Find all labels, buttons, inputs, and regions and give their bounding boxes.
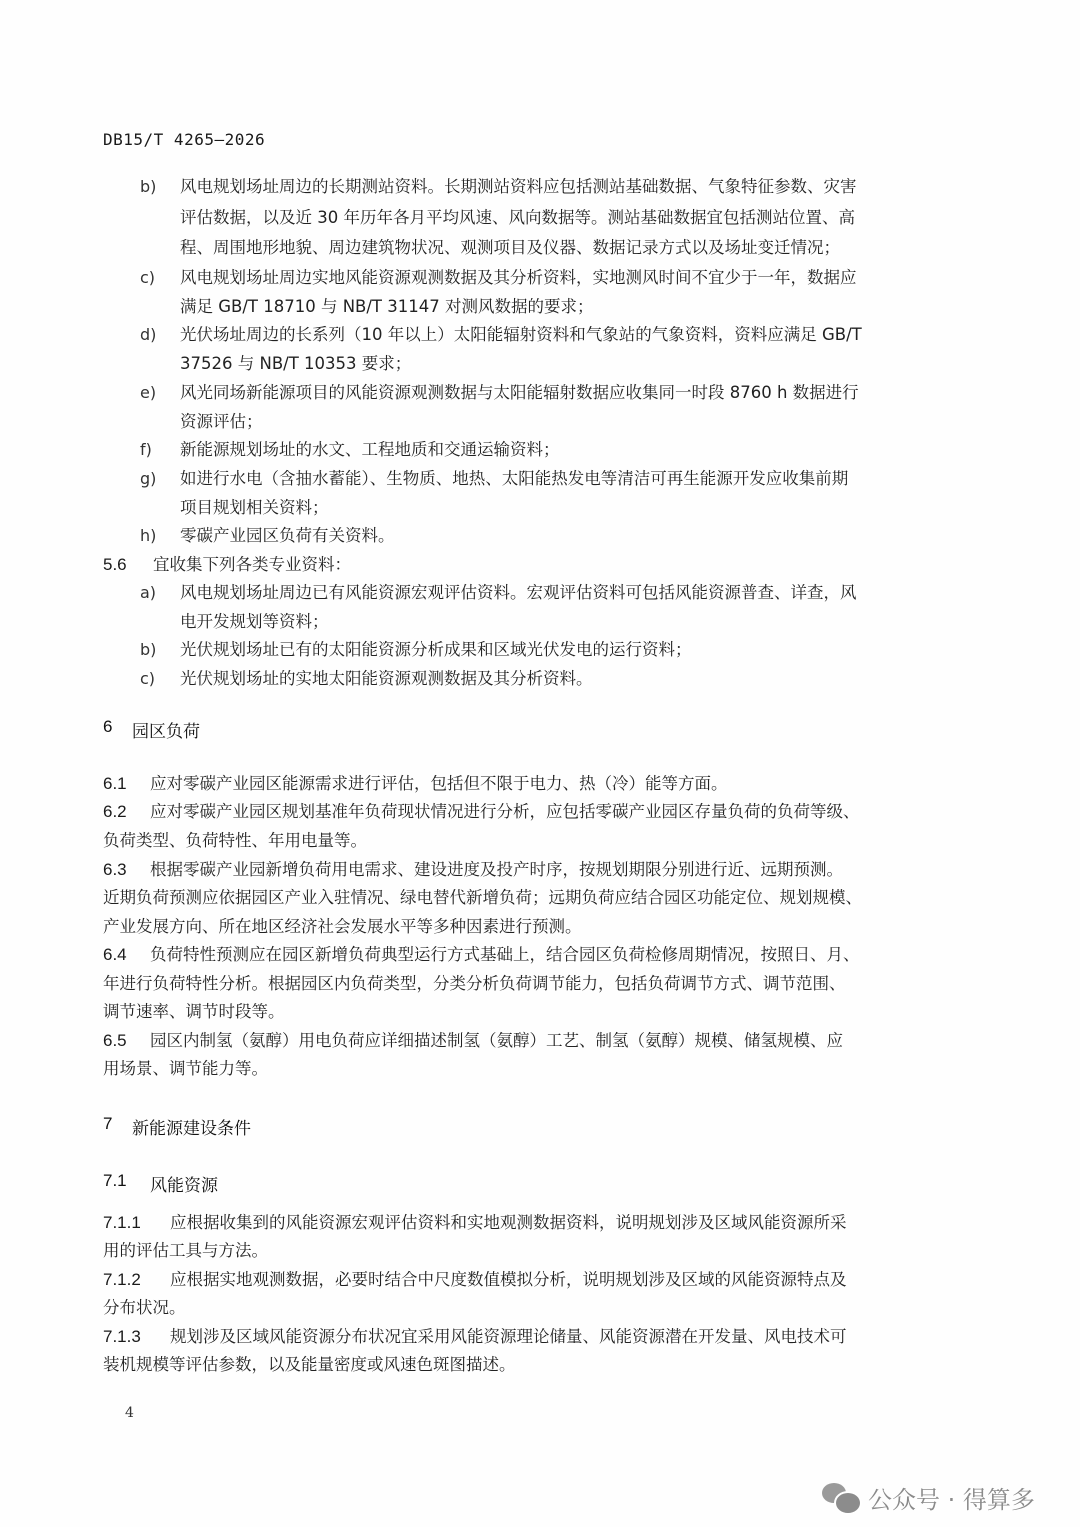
item-label: b) <box>140 640 156 659</box>
text-line: 风电规划场址周边实地风能资源观测数据及其分析资料，实地测风时间不宜少于一年，数据… <box>180 268 857 288</box>
text-line: 应根据实地观测数据，必要时结合中尺度数值模拟分析，说明规划涉及区域的风能资源特点… <box>170 1270 847 1290</box>
page-number: 4 <box>125 1405 134 1421</box>
text-line: 园区内制氢（氨醇）用电负荷应详细描述制氢（氨醇）工艺、制氢（氨醇）规模、储氢规模… <box>150 1031 843 1051</box>
item-label: c) <box>140 268 155 287</box>
item-label: e) <box>140 383 156 402</box>
clause-number: 6.2 <box>103 802 127 822</box>
text-line: 调节速率、调节时段等。 <box>103 1002 285 1022</box>
chapter-title: 园区负荷 <box>132 717 200 742</box>
text-line: 零碳产业园区负荷有关资料。 <box>180 526 395 546</box>
chapter-number: 6 <box>103 717 112 737</box>
chapter-title: 新能源建设条件 <box>132 1114 251 1139</box>
item-label: d) <box>140 325 156 344</box>
text-line: 近期负荷预测应依据园区产业入驻情况、绿电替代新增负荷；远期负荷应结合园区功能定位… <box>103 888 862 908</box>
text-line: 光伏规划场址已有的太阳能资源分析成果和区域光伏发电的运行资料； <box>180 640 692 660</box>
item-label: g) <box>140 469 156 488</box>
text-line: 应对零碳产业园区规划基准年负荷现状情况进行分析，应包括零碳产业园区存量负荷的负荷… <box>150 802 860 822</box>
text-line: 风光同场新能源项目的风能资源观测数据与太阳能辐射数据应收集同一时段 8760 h… <box>180 383 859 403</box>
text-line: 37526 与 NB/T 10353 要求； <box>180 354 411 374</box>
text-line: 装机规模等评估参数，以及能量密度或风速色斑图描述。 <box>103 1355 516 1375</box>
clause-number: 7.1.2 <box>103 1270 141 1290</box>
text-line: 风电规划场址周边的长期测站资料。长期测站资料应包括测站基础数据、气象特征参数、灾… <box>180 177 857 197</box>
text-line: 年进行负荷特性分析。根据园区内负荷类型，分类分析负荷调节能力，包括负荷调节方式、… <box>103 974 846 994</box>
clause-number: 6.1 <box>103 774 127 794</box>
document-page: DB15/T 4265—2026 b) 风电规划场址周边的长期测站资料。长期测站… <box>0 0 1080 1527</box>
item-label: a) <box>140 583 156 602</box>
text-line: 应根据收集到的风能资源宏观评估资料和实地观测数据资料，说明规划涉及区域风能资源所… <box>170 1213 847 1233</box>
text-line: 风电规划场址周边已有风能资源宏观评估资料。宏观评估资料可包括风能资源普查、详查，… <box>180 583 857 603</box>
text-line: 程、周围地形地貌、周边建筑物状况、观测项目及仪器、数据记录方式以及场址变迁情况； <box>180 238 840 258</box>
text-line: 应对零碳产业园区能源需求进行评估，包括但不限于电力、热（冷）能等方面。 <box>150 774 728 794</box>
clause-number: 5.6 <box>103 555 127 575</box>
text-line: 负荷特性预测应在园区新增负荷典型运行方式基础上，结合园区负荷检修周期情况，按照日… <box>150 945 860 965</box>
text-line: 用的评估工具与方法。 <box>103 1241 268 1261</box>
text-line: 分布状况。 <box>103 1298 186 1318</box>
chapter-number: 7 <box>103 1114 112 1134</box>
clause-number: 7.1.3 <box>103 1327 141 1347</box>
section-number: 7.1 <box>103 1171 127 1191</box>
text-line: 根据零碳产业园新增负荷用电需求、建设进度及投产时序，按规划期限分别进行近、远期预… <box>150 860 843 880</box>
text-line: 满足 GB/T 18710 与 NB/T 31147 对测风数据的要求； <box>180 297 594 317</box>
wechat-icon <box>820 1481 860 1515</box>
section-title: 风能资源 <box>150 1171 218 1196</box>
text-line: 产业发展方向、所在地区经济社会发展水平等多种因素进行预测。 <box>103 917 582 937</box>
document-code: DB15/T 4265—2026 <box>103 130 265 149</box>
clause-number: 6.5 <box>103 1031 127 1051</box>
clause-number: 6.4 <box>103 945 127 965</box>
text-line: 如进行水电（含抽水蓄能）、生物质、地热、太阳能热发电等清洁可再生能源开发应收集前… <box>180 469 848 489</box>
text-line: 光伏场址周边的长系列（10 年以上）太阳能辐射资料和气象站的气象资料，资料应满足… <box>180 325 862 345</box>
text-line: 用场景、调节能力等。 <box>103 1059 268 1079</box>
text-line: 项目规划相关资料； <box>180 498 329 518</box>
text-line: 规划涉及区域风能资源分布状况宜采用风能资源理论储量、风能资源潜在开发量、风电技术… <box>170 1327 847 1347</box>
text-line: 资源评估； <box>180 412 263 432</box>
clause-number: 7.1.1 <box>103 1213 141 1233</box>
item-label: c) <box>140 669 155 688</box>
text-line: 新能源规划场址的水文、工程地质和交通运输资料； <box>180 440 560 460</box>
text-line: 评估数据，以及近 30 年历年各月平均风速、风向数据等。测站基础数据宜包括测站位… <box>180 208 855 228</box>
text-line: 电开发规划等资料； <box>180 612 329 632</box>
watermark: 公众号 · 得算多 <box>820 1480 1035 1515</box>
item-label: b) <box>140 177 156 196</box>
text-line: 负荷类型、负荷特性、年用电量等。 <box>103 831 367 851</box>
clause-number: 6.3 <box>103 860 127 880</box>
text-line: 光伏规划场址的实地太阳能资源观测数据及其分析资料。 <box>180 669 593 689</box>
clause-text: 宜收集下列各类专业资料： <box>153 555 351 575</box>
item-label: h) <box>140 526 156 545</box>
watermark-text: 公众号 · 得算多 <box>868 1480 1035 1515</box>
item-label: f) <box>140 440 152 459</box>
